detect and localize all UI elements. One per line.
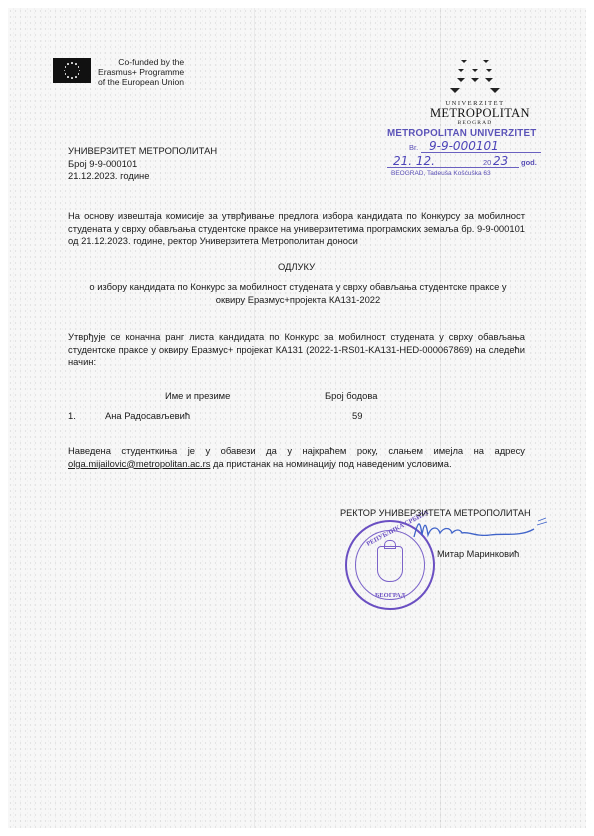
intro-paragraph: На основу извештаја комисије за утврђива… xyxy=(68,210,525,248)
row-name: Ана Радосављевић xyxy=(105,410,190,421)
eu-star-icon xyxy=(75,76,77,78)
eu-star-icon xyxy=(78,66,80,68)
decision-title: ОДЛУКУ xyxy=(68,261,525,272)
header-institution: УНИВЕРЗИТЕТ МЕТРОПОЛИТАН xyxy=(68,145,217,158)
coat-of-arms-icon xyxy=(377,546,403,582)
decision-subtitle: о избору кандидата по Конкурс за мобилно… xyxy=(78,281,518,306)
eu-star-icon xyxy=(75,63,77,65)
eu-star-icon xyxy=(64,70,66,72)
stamp-year-value: 23 xyxy=(493,154,508,168)
stamp-title: METROPOLITAN UNIVERZITET xyxy=(387,128,547,139)
stamp-number-line: Br. 9-9-000101 xyxy=(387,139,547,154)
row-rank: 1. xyxy=(68,410,76,421)
stamp-address: BEOGRAD, Tadeuša Košćuška 63 xyxy=(387,170,547,177)
eu-star-icon xyxy=(79,70,81,72)
header-number: Број 9-9-000101 xyxy=(68,158,217,171)
rector-title: РЕКТОР УНИВЕРЗИТЕТА МЕТРОПОЛИТАН xyxy=(340,508,531,518)
ranking-paragraph: Утврђује се коначна ранг листа кандидата… xyxy=(68,331,525,369)
eu-star-icon xyxy=(65,66,67,68)
closing-text-after: да пристанак на номинацију под наведеним… xyxy=(213,458,452,469)
column-header-points: Број бодова xyxy=(325,390,377,401)
scan-fold-line xyxy=(254,8,255,828)
eu-star-icon xyxy=(71,62,73,64)
eu-cofunded-text: Co-funded by the Erasmus+ Programme of t… xyxy=(98,57,184,87)
signer-name: Митар Маринковић xyxy=(437,549,519,559)
stamp-date-line: 21. 12. 20 23 god. xyxy=(387,154,547,169)
document-header: УНИВЕРЗИТЕТ МЕТРОПОЛИТАН Број 9-9-000101… xyxy=(68,145,217,183)
column-header-name: Име и презиме xyxy=(165,390,230,401)
eu-star-icon xyxy=(67,76,69,78)
stamp-year-prefix: 20 xyxy=(483,158,491,167)
handwritten-signature xyxy=(410,515,550,545)
eu-star-icon xyxy=(78,73,80,75)
header-date: 21.12.2023. године xyxy=(68,170,217,183)
eu-star-icon xyxy=(67,63,69,65)
stamp-number-label: Br. xyxy=(409,143,418,152)
eu-line: Erasmus+ Programme xyxy=(98,67,184,77)
eu-star-icon xyxy=(65,73,67,75)
logo-beograd: BEOGRAD xyxy=(430,120,520,126)
stamp-god-label: god. xyxy=(521,158,537,167)
closing-text-before: Наведена студенткиња је у обавези да у н… xyxy=(68,445,525,458)
eu-flag-icon xyxy=(53,58,91,83)
stamp-date-value: 21. 12. xyxy=(393,154,435,168)
email-link[interactable]: olga.mijailovic@metropolitan.ac.rs xyxy=(68,458,210,469)
eu-star-icon xyxy=(71,77,73,79)
logo-metropolitan: METROPOLITAN xyxy=(430,107,520,120)
eu-line: of the European Union xyxy=(98,77,184,87)
row-points: 59 xyxy=(352,410,362,421)
stamp-number-value: 9-9-000101 xyxy=(429,139,499,153)
university-logo: UNIVERZITET METROPOLITAN BEOGRAD xyxy=(430,58,520,126)
closing-paragraph: Наведена студенткиња је у обавези да у н… xyxy=(68,445,525,470)
registry-stamp: METROPOLITAN UNIVERZITET Br. 9-9-000101 … xyxy=(387,128,547,177)
chevrons-icon xyxy=(430,58,520,98)
seal-bottom-text: БЕОГРАД xyxy=(375,592,405,599)
eu-line: Co-funded by the xyxy=(98,57,184,67)
